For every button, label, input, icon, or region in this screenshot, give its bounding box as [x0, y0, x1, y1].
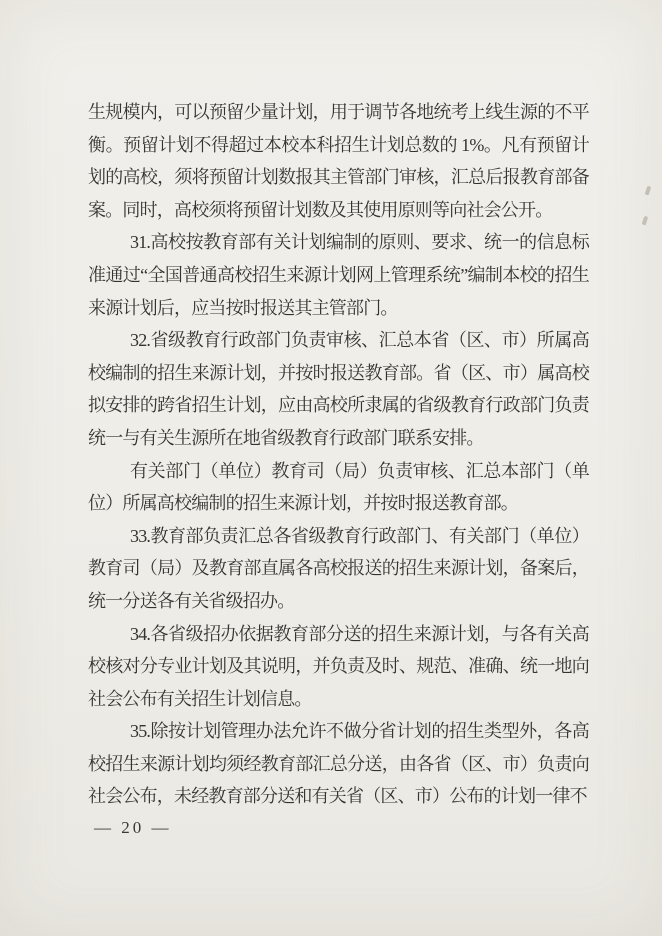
- document-body: 生规模内，可以预留少量计划，用于调节各地统考上线生源的不平衡。预留计划不得超过本…: [88, 96, 589, 813]
- page-number: — 20 —: [94, 818, 172, 838]
- paragraph: 生规模内，可以预留少量计划，用于调节各地统考上线生源的不平衡。预留计划不得超过本…: [88, 96, 589, 226]
- scan-speck: [645, 186, 652, 196]
- paragraph: 35.除按计划管理办法允许不做分省计划的招生类型外，各高校招生来源计划均须经教育…: [88, 715, 589, 813]
- paragraph: 34.各省级招办依据教育部分送的招生来源计划，与各有关高校核对分专业计划及其说明…: [88, 618, 589, 716]
- scan-speck: [642, 216, 649, 226]
- paragraph: 有关部门（单位）教育司（局）负责审核、汇总本部门（单位）所属高校编制的招生来源计…: [88, 455, 589, 520]
- scanned-document-page: 生规模内，可以预留少量计划，用于调节各地统考上线生源的不平衡。预留计划不得超过本…: [0, 0, 662, 936]
- paragraph: 32.省级教育行政部门负责审核、汇总本省（区、市）所属高校编制的招生来源计划，并…: [88, 324, 589, 454]
- paragraph: 33.教育部负责汇总各省级教育行政部门、有关部门（单位）教育司（局）及教育部直属…: [88, 520, 589, 618]
- paragraph: 31.高校按教育部有关计划编制的原则、要求、统一的信息标准通过“全国普通高校招生…: [88, 226, 589, 324]
